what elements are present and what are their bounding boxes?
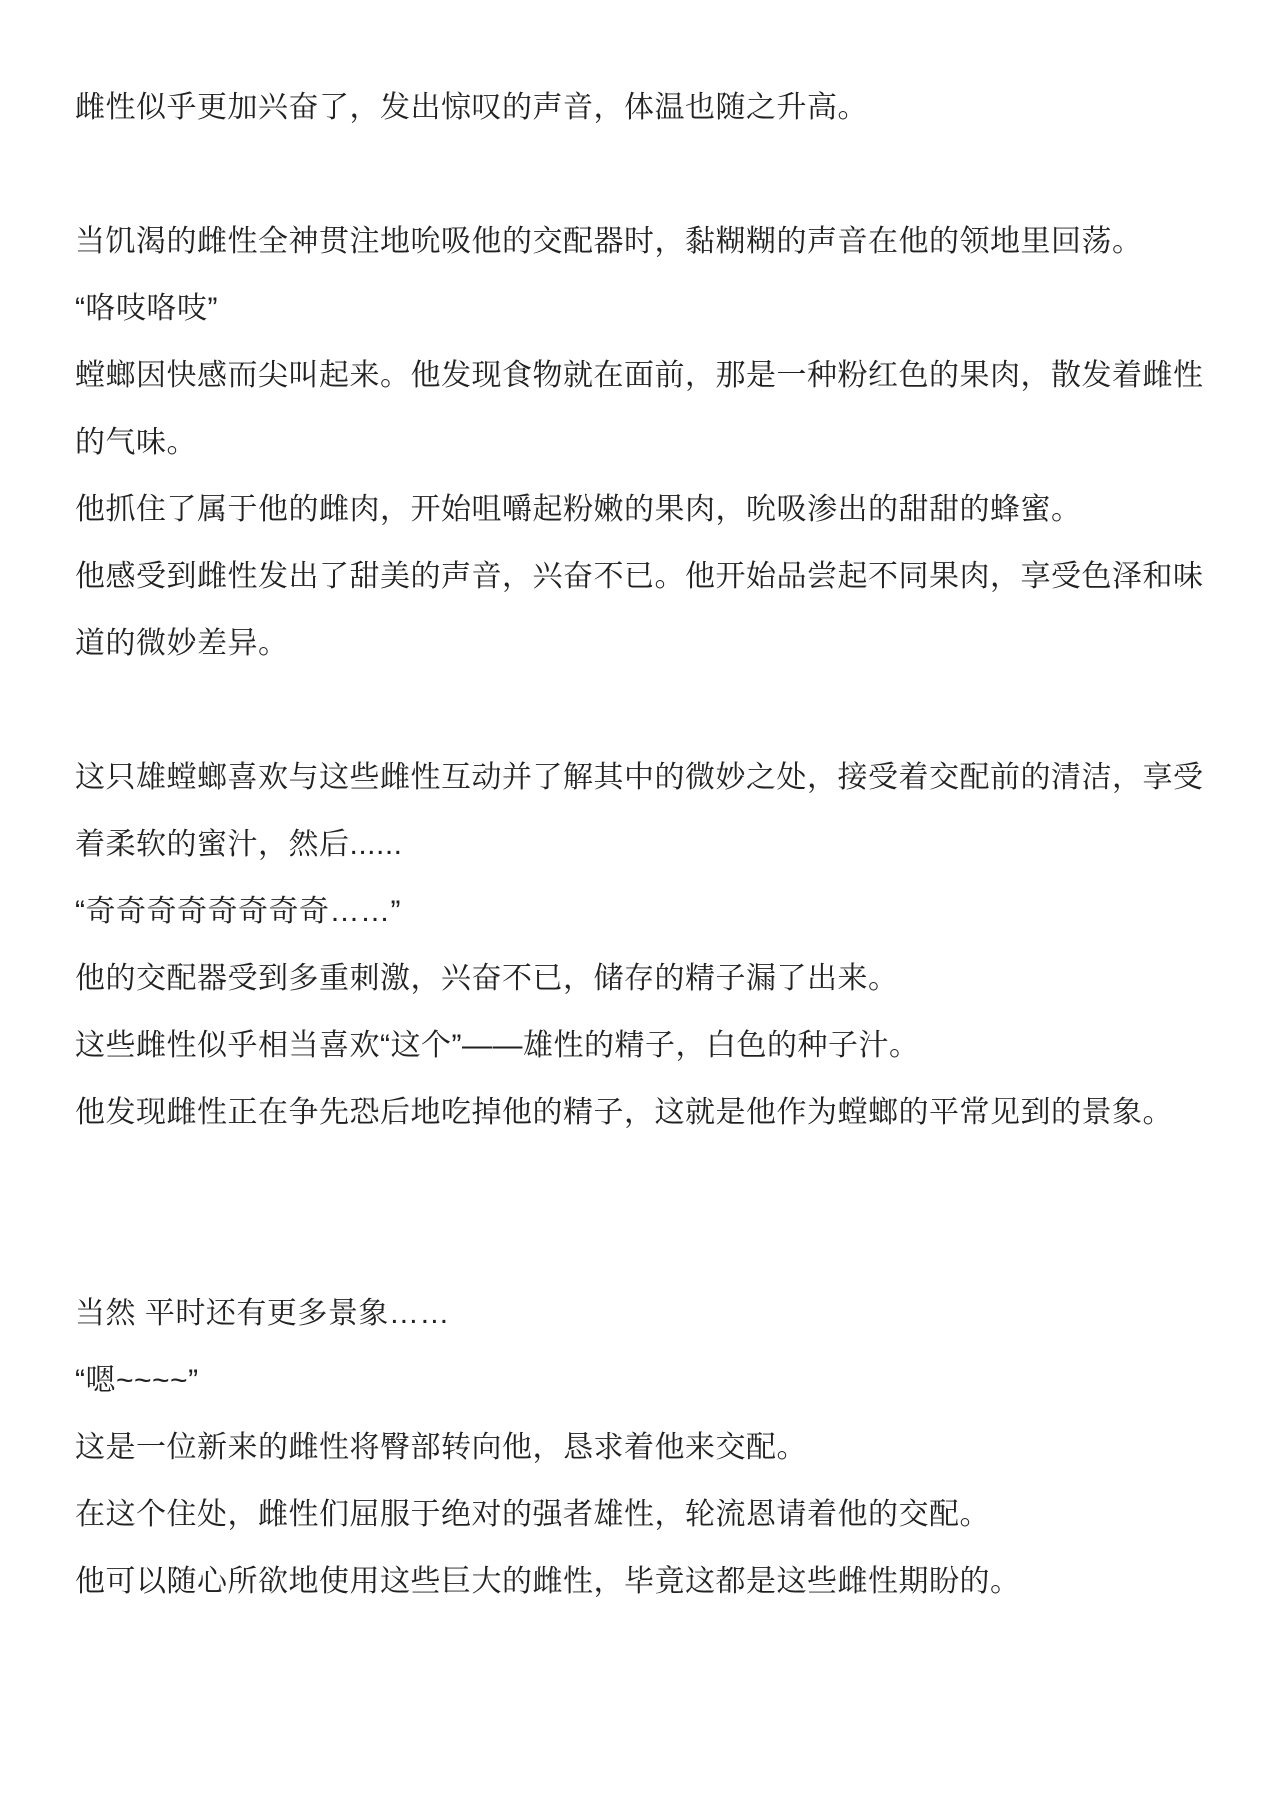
text-line: 他可以随心所欲地使用这些巨大的雌性，毕竟这都是这些雌性期盼的。: [75, 1548, 1210, 1615]
text-line: 这只雄螳螂喜欢与这些雌性互动并了解其中的微妙之处，接受着交配前的清洁，享受: [75, 744, 1210, 811]
text-line: 他发现雌性正在争先恐后地吃掉他的精子，这就是他作为螳螂的平常见到的景象。: [75, 1079, 1210, 1146]
text-line: “咯吱咯吱”: [75, 275, 1210, 342]
text-line: 他的交配器受到多重刺激，兴奋不已，储存的精子漏了出来。: [75, 945, 1210, 1012]
text-line: 道的微妙差异。: [75, 610, 1210, 677]
text-line: 这些雌性似乎相当喜欢“这个”——雄性的精子，白色的种子汁。: [75, 1012, 1210, 1079]
text-line: 当饥渴的雌性全神贯注地吮吸他的交配器时，黏糊糊的声音在他的领地里回荡。: [75, 208, 1210, 275]
text-line: “奇奇奇奇奇奇奇奇……”: [75, 878, 1210, 945]
text-line: 他抓住了属于他的雌肉，开始咀嚼起粉嫩的果肉，吮吸渗出的甜甜的蜂蜜。: [75, 476, 1210, 543]
text-line: 在这个住处，雌性们屈服于绝对的强者雄性，轮流恩请着他的交配。: [75, 1481, 1210, 1548]
text-line: 着柔软的蜜汁，然后......: [75, 811, 1210, 878]
text-line: 当然 平时还有更多景象……: [75, 1280, 1210, 1347]
blank-line: [75, 1146, 1210, 1213]
blank-line: [75, 141, 1210, 208]
text-line: 这是一位新来的雌性将臀部转向他，恳求着他来交配。: [75, 1414, 1210, 1481]
text-line: 螳螂因快感而尖叫起来。他发现食物就在面前，那是一种粉红色的果肉，散发着雌性: [75, 342, 1210, 409]
text-line: “嗯~~~~”: [75, 1347, 1210, 1414]
text-line: 的气味。: [75, 409, 1210, 476]
document-page: 雌性似乎更加兴奋了，发出惊叹的声音，体温也随之升高。当饥渴的雌性全神贯注地吮吸他…: [0, 0, 1280, 1811]
document-body: 雌性似乎更加兴奋了，发出惊叹的声音，体温也随之升高。当饥渴的雌性全神贯注地吮吸他…: [75, 74, 1210, 1615]
text-line: 雌性似乎更加兴奋了，发出惊叹的声音，体温也随之升高。: [75, 74, 1210, 141]
blank-line: [75, 1213, 1210, 1280]
text-line: 他感受到雌性发出了甜美的声音，兴奋不已。他开始品尝起不同果肉，享受色泽和味: [75, 543, 1210, 610]
blank-line: [75, 677, 1210, 744]
